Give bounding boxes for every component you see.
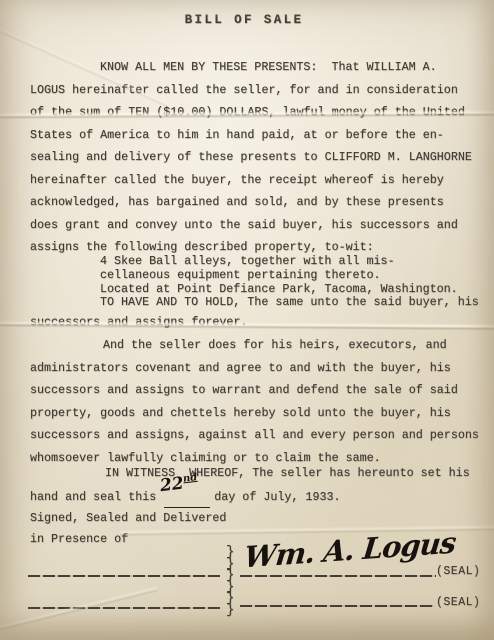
day-number: 22 xyxy=(159,474,185,497)
text-line: administrators covenant and agree to and… xyxy=(30,357,482,380)
bill-of-sale-document: BILL OF SALE KNOW ALL MEN BY THESE PRESE… xyxy=(0,0,494,640)
text-line: TO HAVE AND TO HOLD, The same unto the s… xyxy=(100,296,479,310)
handwritten-signature: Wm. A. Logus xyxy=(242,526,455,575)
text-line: successors and assigns to warrant and de… xyxy=(30,379,482,402)
date-line-prefix: hand and seal this xyxy=(30,486,156,509)
covenant-paragraph: And the seller does for his heirs, execu… xyxy=(30,334,482,469)
signed-sealed-line: Signed, Sealed and Delivered xyxy=(30,507,226,530)
text-line: } xyxy=(226,605,234,617)
habendum-tail-line: successors and assigns forever. xyxy=(30,311,247,334)
day-blank-underline xyxy=(164,495,210,508)
witness-signature-line-2 xyxy=(28,607,220,609)
document-title: BILL OF SALE xyxy=(0,13,488,27)
property-description-block: 4 Skee Ball alleys, together with all mi… xyxy=(100,255,479,310)
seller-signature-line-1 xyxy=(240,575,436,577)
witness-signature-line-1 xyxy=(28,575,220,577)
paper-crease-bottom-left xyxy=(0,585,158,640)
text-line: acknowledged, has bargained and sold, an… xyxy=(30,191,482,214)
seal-label-1: (SEAL) xyxy=(436,565,480,578)
text-line: property, goods and chettels hereby sold… xyxy=(30,402,482,425)
text-line: States of America to him in hand paid, a… xyxy=(30,124,482,147)
seal-label-2: (SEAL) xyxy=(436,596,480,609)
text-line: does grant and convey unto the said buye… xyxy=(30,214,482,237)
brace-column: }}}}}} xyxy=(226,547,234,616)
text-line: hereinafter called the buyer, the receip… xyxy=(30,169,482,192)
text-line: of the sum of TEN ($10.00) DOLLARS, lawf… xyxy=(30,101,482,124)
opening-paragraph: KNOW ALL MEN BY THESE PRESENTS: That WIL… xyxy=(30,56,482,259)
text-line: Located at Point Defiance Park, Tacoma, … xyxy=(100,283,479,297)
text-line: LOGUS hereinafter called the seller, for… xyxy=(30,79,482,102)
text-line: And the seller does for his heirs, execu… xyxy=(30,334,482,357)
seller-signature-line-2 xyxy=(240,605,434,607)
text-line: IN WITNESS WHEREOF, The seller has hereu… xyxy=(30,462,482,485)
text-line: KNOW ALL MEN BY THESE PRESENTS: That WIL… xyxy=(30,56,482,79)
date-line-suffix: day of July, 1933. xyxy=(214,486,340,509)
text-line: sealing and delivery of these presents t… xyxy=(30,146,482,169)
text-line: successors and assigns, against all and … xyxy=(30,424,482,447)
day-ordinal: nd xyxy=(182,472,197,485)
text-line: 4 Skee Ball alleys, together with all mi… xyxy=(100,255,479,269)
in-presence-line: in Presence of xyxy=(30,528,128,551)
text-line: cellaneous equipment pertaining thereto. xyxy=(100,269,479,283)
witness-clause-line: IN WITNESS WHEREOF, The seller has hereu… xyxy=(30,462,482,485)
